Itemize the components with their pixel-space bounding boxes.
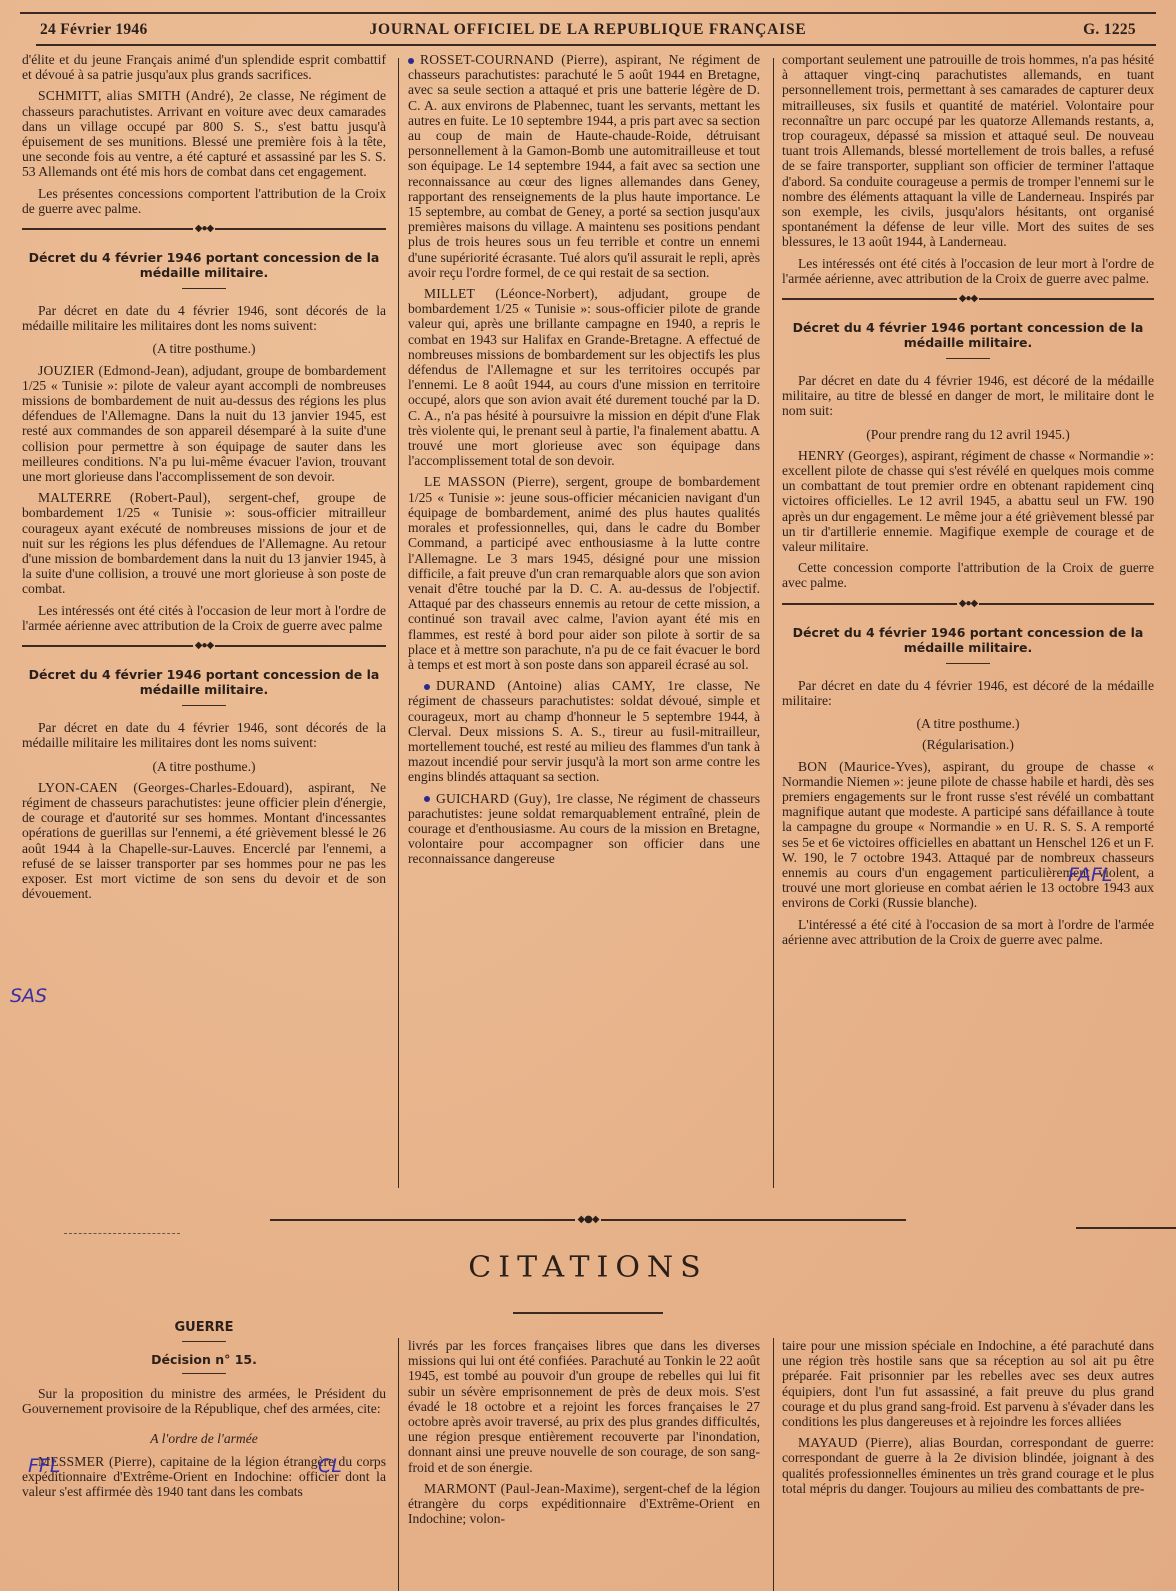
entry-rosset-cournand: ROSSET-COURNAND (Pierre), aspirant, Ne r… [408,52,760,280]
decree-title: Décret du 4 février 1946 portant concess… [22,250,386,280]
paragraph: Les présentes concessions comportent l'a… [22,186,386,216]
entry-mayaud: MAYAUD (Pierre), alias Bourdan, correspo… [782,1435,1154,1496]
paragraph: taire pour une mission spéciale en Indoc… [782,1338,1154,1429]
paragraph: comportant seulement une patrouille de t… [782,52,1154,250]
short-rule [182,1373,226,1374]
decree-subtitle: (A titre posthume.) [782,716,1154,731]
entry-bon: BON (Maurice-Yves), aspirant, du groupe … [782,759,1154,911]
decree-subtitle: (A titre posthume.) [22,759,386,774]
column-divider [398,58,399,1188]
ornament-divider: ◆●◆ [782,599,1154,609]
decree-subtitle: (A titre posthume.) [22,341,386,356]
newspaper-page: 24 Février 1946 JOURNAL OFFICIEL DE LA R… [0,0,1176,1591]
column-2: ROSSET-COURNAND (Pierre), aspirant, Ne r… [408,52,760,873]
header-title: JOURNAL OFFICIEL DE LA REPUBLIQUE FRANÇA… [40,21,1136,39]
bullet-mark-icon [424,796,430,802]
decree-closing: Cette concession comporte l'attribution … [782,560,1154,590]
citations-column-1: GUERRE Décision n° 15. Sur la propositio… [22,1320,386,1505]
decree-title: Décret du 4 février 1946 portant concess… [782,625,1154,655]
entry-durand: DURAND (Antoine) alias CAMY, 1re classe,… [408,678,760,784]
paragraph: Les intéressés ont été cités à l'occasio… [782,256,1154,286]
entry-marmont: MARMONT (Paul-Jean-Maxime), sergent-chef… [408,1481,760,1527]
entry-malterre: MALTERRE (Robert-Paul), sergent-chef, gr… [22,490,386,596]
header-page-number: G. 1225 [1083,21,1136,39]
short-rule [182,1341,226,1342]
order-heading: A l'ordre de l'armée [22,1431,386,1446]
paragraph: livrés par les forces françaises libres … [408,1338,760,1475]
decree-closing: L'intéressé a été cité à l'occasion de s… [782,917,1154,947]
citations-intro: Sur la proposition du ministre des armée… [22,1386,386,1416]
short-rule [946,663,990,664]
heading-underline [513,1312,663,1314]
section-ornament-divider: ◆●◆ [270,1215,906,1225]
handwritten-annotation-sas: SAS [10,985,47,1007]
rule [1076,1227,1176,1229]
rule [64,1233,180,1234]
decree-intro: Par décret en date du 4 février 1946, so… [22,303,386,333]
entry-jouzier: JOUZIER (Edmond-Jean), adjudant, groupe … [22,363,386,485]
handwritten-annotation-ffl: FFL [28,1455,60,1477]
decree-intro: Par décret en date du 4 février 1946, es… [782,373,1154,419]
column-divider [773,58,774,1188]
decree-title: Décret du 4 février 1946 portant concess… [22,667,386,697]
decree-subtitle: (Pour prendre rang du 12 avril 1945.) [782,427,1154,442]
decree-intro: Par décret en date du 4 février 1946, es… [782,678,1154,708]
entry-name: SCHMITT, alias SMITH (André), 2e classe, [38,88,295,103]
decree-subtitle-2: (Régularisation.) [782,737,1154,752]
column-divider [773,1338,774,1591]
header-rule-bottom [36,44,1156,46]
ministry-title: GUERRE [22,1320,386,1335]
handwritten-annotation-fafl: FAFL [1068,864,1112,886]
ornament-divider: ◆●◆ [782,294,1154,304]
entry-guichard: GUICHARD (Guy), 1re classe, Ne régiment … [408,791,760,867]
entry-le-masson: LE MASSON (Pierre), sergent, groupe de b… [408,474,760,672]
paragraph: d'élite et du jeune Français animé d'un … [22,52,386,82]
bullet-mark-icon [424,684,430,690]
citations-column-2: livrés par les forces françaises libres … [408,1338,760,1532]
short-rule [182,288,226,289]
citations-heading: CITATIONS [410,1251,766,1284]
entry-henry: HENRY (Georges), aspirant, régiment de c… [782,448,1154,554]
column-1: d'élite et du jeune Français animé d'un … [22,52,386,907]
bullet-mark-icon [408,58,414,64]
citations-column-3: taire pour une mission spéciale en Indoc… [782,1338,1154,1502]
page-header: 24 Février 1946 JOURNAL OFFICIEL DE LA R… [40,18,1136,42]
header-rule-top [20,12,1156,14]
entry-millet: MILLET (Léonce-Norbert), adjudant, group… [408,286,760,468]
short-rule [946,358,990,359]
decree-title: Décret du 4 février 1946 portant concess… [782,320,1154,350]
entry-lyon-caen: LYON-CAEN (Georges-Charles-Edouard), asp… [22,780,386,902]
ornament-divider: ◆●◆ [22,224,386,234]
short-rule [182,705,226,706]
entry-schmitt: SCHMITT, alias SMITH (André), 2e classe,… [22,88,386,179]
decree-closing: Les intéressés ont été cités à l'occasio… [22,603,386,633]
column-divider [398,1338,399,1591]
column-3: comportant seulement une patrouille de t… [782,52,1154,953]
decree-intro: Par décret en date du 4 février 1946, so… [22,720,386,750]
ornament-divider: ◆●◆ [22,641,386,651]
decision-title: Décision n° 15. [22,1352,386,1367]
handwritten-annotation-cl: CL [318,1455,342,1477]
